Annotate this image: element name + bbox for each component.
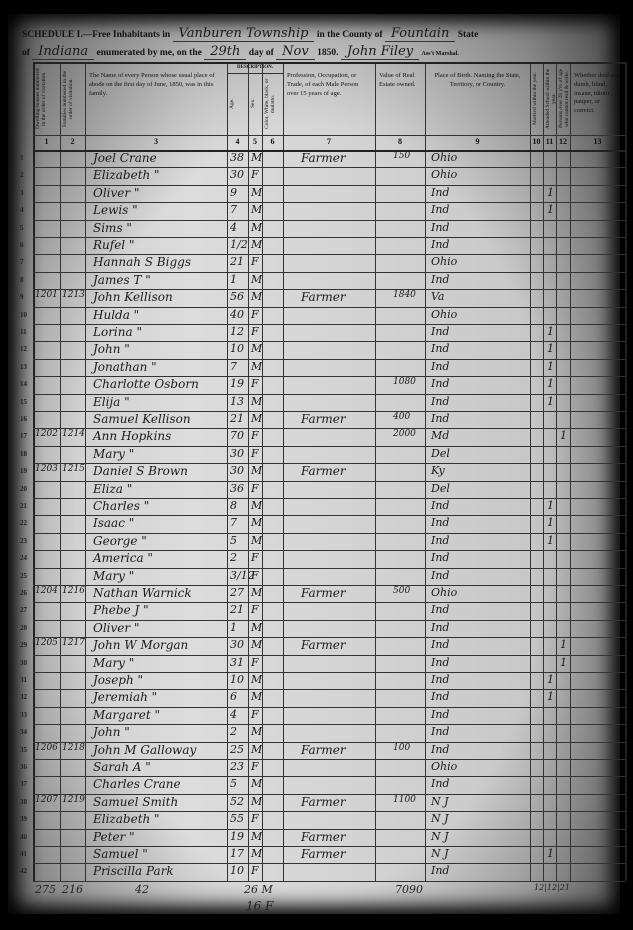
line-number: 36 bbox=[20, 763, 27, 771]
school-mark: 1 bbox=[547, 377, 554, 390]
birthplace-value: Ind bbox=[431, 325, 449, 338]
column-header-2: Families numbered in the order of visita… bbox=[62, 66, 83, 131]
age-value: 38 bbox=[230, 151, 244, 164]
person-name: Joel Crane bbox=[93, 151, 157, 165]
birthplace-value: Ind bbox=[431, 534, 449, 547]
family-number: 1214 bbox=[62, 429, 85, 439]
birthplace-value: N J bbox=[431, 795, 449, 808]
occupation-value: Farmer bbox=[301, 830, 346, 844]
birthplace-value: Md bbox=[431, 429, 449, 442]
year-label: 1850. bbox=[317, 48, 338, 58]
person-name: Nathan Warnick bbox=[93, 586, 192, 600]
sex-value: M bbox=[251, 342, 262, 355]
line-number: 39 bbox=[20, 815, 27, 823]
person-name: Priscilla Park bbox=[93, 864, 174, 878]
age-value: 7 bbox=[230, 203, 237, 216]
occupation-value: Farmer bbox=[301, 151, 346, 165]
age-value: 1 bbox=[230, 621, 237, 634]
age-value: 7 bbox=[230, 516, 237, 529]
description-rule bbox=[227, 73, 283, 74]
birthplace-value: N J bbox=[431, 847, 449, 860]
line-number: 25 bbox=[20, 572, 27, 580]
age-value: 5 bbox=[230, 534, 237, 547]
age-value: 13 bbox=[230, 395, 244, 408]
header-rule bbox=[33, 135, 625, 136]
sex-value: F bbox=[251, 482, 259, 495]
line-number: 21 bbox=[20, 502, 27, 510]
age-value: 21 bbox=[230, 412, 244, 425]
person-name: Jonathan " bbox=[93, 360, 157, 374]
line-number: 2 bbox=[20, 171, 24, 179]
sex-value: F bbox=[251, 603, 259, 616]
age-value: 7 bbox=[230, 360, 237, 373]
header-rule bbox=[33, 62, 625, 64]
real-estate-value: 150 bbox=[393, 151, 410, 161]
sex-value: F bbox=[251, 308, 259, 321]
person-name: Sims " bbox=[93, 221, 132, 235]
person-name: Hulda " bbox=[93, 308, 139, 322]
person-name: Eliza " bbox=[93, 482, 132, 496]
person-name: Hannah S Biggs bbox=[93, 255, 191, 269]
person-name: John W Morgan bbox=[93, 638, 188, 652]
column-header-5: Sex. bbox=[250, 76, 260, 131]
age-value: 1/2 bbox=[230, 238, 248, 251]
person-name: Phebe J " bbox=[93, 603, 149, 617]
age-value: 36 bbox=[230, 482, 244, 495]
birthplace-value: Va bbox=[431, 290, 445, 303]
birthplace-value: Ohio bbox=[431, 151, 457, 164]
schedule-header-line-1: SCHEDULE I.—Free Inhabitants in Vanburen… bbox=[22, 26, 478, 41]
dwelling-number: 1206 bbox=[35, 743, 58, 753]
school-mark: 1 bbox=[547, 847, 554, 860]
birthplace-value: Ind bbox=[431, 186, 449, 199]
sex-value: F bbox=[251, 812, 259, 825]
age-value: 12 bbox=[230, 325, 244, 338]
age-value: 55 bbox=[230, 812, 244, 825]
sex-value: F bbox=[251, 447, 259, 460]
age-value: 10 bbox=[230, 342, 244, 355]
line-number: 9 bbox=[20, 293, 24, 301]
line-number: 26 bbox=[20, 589, 27, 597]
birthplace-value: Ind bbox=[431, 273, 449, 286]
line-number: 28 bbox=[20, 624, 27, 632]
line-number: 40 bbox=[20, 833, 27, 841]
person-name: Oliver " bbox=[93, 186, 139, 200]
line-number: 14 bbox=[20, 380, 27, 388]
real-estate-value: 2000 bbox=[393, 429, 416, 439]
person-name: America " bbox=[93, 551, 153, 565]
line-number: 12 bbox=[20, 345, 27, 353]
age-value: 30 bbox=[230, 464, 244, 477]
column-header-4: Age. bbox=[229, 76, 246, 131]
line-number: 3 bbox=[20, 189, 24, 197]
person-name: Elija " bbox=[93, 395, 130, 409]
line-number: 20 bbox=[20, 485, 27, 493]
birthplace-value: Ohio bbox=[431, 586, 457, 599]
total-families: 216 bbox=[62, 883, 83, 896]
family-number: 1215 bbox=[62, 464, 85, 474]
line-number: 30 bbox=[20, 659, 27, 667]
line-number: 8 bbox=[20, 276, 24, 284]
person-name: Ann Hopkins bbox=[93, 429, 171, 443]
line-number: 16 bbox=[20, 415, 27, 423]
age-value: 27 bbox=[230, 586, 244, 599]
schedule-header-line-2: of Indiana enumerated by me, on the 29th… bbox=[22, 44, 459, 59]
dwelling-number: 1207 bbox=[35, 795, 58, 805]
person-name: John Kellison bbox=[93, 290, 173, 304]
occupation-value: Farmer bbox=[301, 464, 346, 478]
birthplace-value: Ind bbox=[431, 499, 449, 512]
column-header-11: Attended School within the year. bbox=[545, 66, 554, 131]
sex-value: M bbox=[251, 499, 262, 512]
person-name: Isaac " bbox=[93, 516, 134, 530]
person-name: Charlotte Osborn bbox=[93, 377, 199, 391]
line-number: 7 bbox=[20, 258, 24, 266]
age-value: 10 bbox=[230, 673, 244, 686]
township-field: Vanburen Township bbox=[173, 26, 315, 42]
column-header-6: Color, White, black, or mulatto. bbox=[264, 76, 281, 131]
age-value: 2 bbox=[230, 551, 237, 564]
sex-value: M bbox=[251, 360, 262, 373]
total-sex-tally: 26 M bbox=[244, 883, 273, 896]
sex-value: F bbox=[251, 255, 259, 268]
line-number: 37 bbox=[20, 780, 27, 788]
sex-value: F bbox=[251, 429, 259, 442]
sex-value: M bbox=[251, 621, 262, 634]
line-number: 24 bbox=[20, 554, 27, 562]
birthplace-value: Ind bbox=[431, 203, 449, 216]
line-number: 29 bbox=[20, 641, 27, 649]
sex-value: M bbox=[251, 743, 262, 756]
birthplace-value: Ind bbox=[431, 864, 449, 877]
real-estate-value: 500 bbox=[393, 586, 410, 596]
age-value: 17 bbox=[230, 847, 244, 860]
sex-value: F bbox=[251, 569, 259, 582]
school-mark: 1 bbox=[547, 360, 554, 373]
occupation-value: Farmer bbox=[301, 412, 346, 426]
line-number: 22 bbox=[20, 519, 27, 527]
age-value: 30 bbox=[230, 168, 244, 181]
age-value: 21 bbox=[230, 255, 244, 268]
birthplace-value: Ind bbox=[431, 777, 449, 790]
age-value: 40 bbox=[230, 308, 244, 321]
sex-value: F bbox=[251, 708, 259, 721]
sex-value: F bbox=[251, 864, 259, 877]
total-real-estate: 7090 bbox=[395, 883, 423, 896]
birthplace-value: Ind bbox=[431, 551, 449, 564]
age-value: 21 bbox=[230, 603, 244, 616]
birthplace-value: Ind bbox=[431, 221, 449, 234]
column-header-1: Dwelling-houses numbered in the order of… bbox=[35, 66, 58, 131]
school-mark: 1 bbox=[547, 325, 554, 338]
age-value: 10 bbox=[230, 864, 244, 877]
age-value: 1 bbox=[230, 273, 237, 286]
sex-value: F bbox=[251, 168, 259, 181]
sex-value: M bbox=[251, 290, 262, 303]
column-number-12: 12 bbox=[553, 137, 573, 146]
line-number: 34 bbox=[20, 728, 27, 736]
line-number: 4 bbox=[20, 206, 24, 214]
occupation-value: Farmer bbox=[301, 795, 346, 809]
school-mark: 1 bbox=[547, 673, 554, 686]
sex-value: M bbox=[251, 395, 262, 408]
line-number: 19 bbox=[20, 467, 27, 475]
birthplace-value: Ind bbox=[431, 395, 449, 408]
sex-value: M bbox=[251, 777, 262, 790]
birthplace-value: Del bbox=[431, 447, 450, 460]
column-header-3: The Name of every Person whose usual pla… bbox=[89, 72, 223, 98]
school-mark: 1 bbox=[547, 690, 554, 703]
school-mark: 1 bbox=[547, 203, 554, 216]
description-label: DESCRIPTION. bbox=[227, 65, 283, 72]
birthplace-value: Ind bbox=[431, 621, 449, 634]
dwelling-number: 1203 bbox=[35, 464, 58, 474]
sex-value: M bbox=[251, 516, 262, 529]
sex-value: M bbox=[251, 795, 262, 808]
column-divider bbox=[625, 62, 627, 881]
column-header-7: Profession, Occupation, or Trade, of eac… bbox=[287, 72, 371, 98]
county-field: Fountain bbox=[385, 26, 455, 42]
sex-value: M bbox=[251, 847, 262, 860]
age-value: 19 bbox=[230, 830, 244, 843]
person-name: Samuel Smith bbox=[93, 795, 178, 809]
birthplace-value: N J bbox=[431, 830, 449, 843]
column-header-8: Value of Real Estate owned. bbox=[379, 72, 421, 90]
person-name: Joseph " bbox=[93, 673, 143, 687]
school-mark: 1 bbox=[547, 395, 554, 408]
sex-value: M bbox=[251, 725, 262, 738]
of-label: of bbox=[22, 48, 30, 58]
person-name: Mary " bbox=[93, 447, 134, 461]
column-number-2: 2 bbox=[63, 137, 83, 146]
column-header-12: Persons over 20 y'rs of age who cannot r… bbox=[558, 66, 568, 131]
birthplace-value: Ohio bbox=[431, 168, 457, 181]
person-name: Oliver " bbox=[93, 621, 139, 635]
real-estate-value: 1840 bbox=[393, 290, 416, 300]
line-number: 10 bbox=[20, 311, 27, 319]
age-value: 19 bbox=[230, 377, 244, 390]
column-number-3: 3 bbox=[146, 137, 166, 146]
person-name: Mary " bbox=[93, 569, 134, 583]
sex-value: M bbox=[251, 586, 262, 599]
sex-value: F bbox=[251, 377, 259, 390]
person-name: Sarah A " bbox=[93, 760, 151, 774]
sex-value: M bbox=[251, 186, 262, 199]
illiterate-mark: 1 bbox=[560, 656, 567, 669]
age-value: 8 bbox=[230, 499, 237, 512]
person-name: George " bbox=[93, 534, 147, 548]
age-value: 2 bbox=[230, 725, 237, 738]
sex-value: M bbox=[251, 464, 262, 477]
birthplace-value: Ind bbox=[431, 569, 449, 582]
birthplace-value: Ind bbox=[431, 725, 449, 738]
total-persons: 42 bbox=[135, 883, 149, 896]
birthplace-value: Ohio bbox=[431, 255, 457, 268]
person-name: Lorina " bbox=[93, 325, 142, 339]
line-number: 42 bbox=[20, 867, 27, 875]
person-name: John " bbox=[93, 725, 130, 739]
line-number: 18 bbox=[20, 450, 27, 458]
illiterate-mark: 1 bbox=[560, 638, 567, 651]
sex-value: M bbox=[251, 830, 262, 843]
age-value: 31 bbox=[230, 656, 244, 669]
person-name: Margaret " bbox=[93, 708, 160, 722]
age-value: 4 bbox=[230, 221, 237, 234]
school-mark: 1 bbox=[547, 534, 554, 547]
day-label: day of bbox=[249, 48, 274, 58]
real-estate-value: 100 bbox=[393, 743, 410, 753]
person-name: James T " bbox=[93, 273, 151, 287]
state-suffix: State bbox=[458, 30, 479, 40]
birthplace-value: Ky bbox=[431, 464, 445, 477]
sex-value: M bbox=[251, 273, 262, 286]
birthplace-value: Ind bbox=[431, 673, 449, 686]
line-number: 33 bbox=[20, 711, 27, 719]
birthplace-value: Ind bbox=[431, 708, 449, 721]
total-dwellings: 275 bbox=[35, 883, 56, 896]
line-number: 6 bbox=[20, 241, 24, 249]
sex-value: M bbox=[251, 238, 262, 251]
person-name: Daniel S Brown bbox=[93, 464, 188, 478]
school-mark: 1 bbox=[547, 342, 554, 355]
sex-value: M bbox=[251, 638, 262, 651]
family-number: 1218 bbox=[62, 743, 85, 753]
line-number: 5 bbox=[20, 224, 24, 232]
birthplace-value: Del bbox=[431, 482, 450, 495]
family-number: 1217 bbox=[62, 638, 85, 648]
sex-value: M bbox=[251, 534, 262, 547]
sex-value: M bbox=[251, 151, 262, 164]
column-number-13: 13 bbox=[588, 137, 608, 146]
birthplace-value: Ind bbox=[431, 360, 449, 373]
sex-value: M bbox=[251, 412, 262, 425]
person-name: Jeremiah " bbox=[93, 690, 157, 704]
age-value: 6 bbox=[230, 690, 237, 703]
age-value: 30 bbox=[230, 638, 244, 651]
age-value: 30 bbox=[230, 447, 244, 460]
enumerated-label: enumerated by me, on the bbox=[97, 48, 202, 58]
birthplace-value: Ohio bbox=[431, 760, 457, 773]
sex-value: M bbox=[251, 203, 262, 216]
column-number-7: 7 bbox=[319, 137, 339, 146]
age-value: 25 bbox=[230, 743, 244, 756]
real-estate-value: 1100 bbox=[393, 795, 416, 805]
line-number: 41 bbox=[20, 850, 27, 858]
real-estate-value: 1080 bbox=[393, 377, 416, 387]
occupation-value: Farmer bbox=[301, 586, 346, 600]
person-name: Lewis " bbox=[93, 203, 138, 217]
line-number: 32 bbox=[20, 693, 27, 701]
sex-value: F bbox=[251, 760, 259, 773]
dwelling-number: 1204 bbox=[35, 586, 58, 596]
state-field: Indiana bbox=[32, 44, 94, 60]
dwelling-number: 1205 bbox=[35, 638, 58, 648]
age-value: 5 bbox=[230, 777, 237, 790]
birthplace-value: Ind bbox=[431, 656, 449, 669]
birthplace-value: Ind bbox=[431, 603, 449, 616]
line-number: 23 bbox=[20, 537, 27, 545]
person-name: Samuel " bbox=[93, 847, 148, 861]
column-header-13: Whether deaf and dumb, blind, insane, id… bbox=[574, 72, 621, 116]
line-number: 11 bbox=[20, 328, 27, 336]
person-name: Charles " bbox=[93, 499, 149, 513]
birthplace-value: N J bbox=[431, 812, 449, 825]
birthplace-value: Ind bbox=[431, 638, 449, 651]
birthplace-value: Ind bbox=[431, 377, 449, 390]
dwelling-number: 1202 bbox=[35, 429, 58, 439]
person-name: Samuel Kellison bbox=[93, 412, 191, 426]
sex-value: F bbox=[251, 325, 259, 338]
occupation-value: Farmer bbox=[301, 638, 346, 652]
row-rule bbox=[33, 881, 625, 882]
total-sex-tally-f: 16 F bbox=[246, 899, 273, 913]
person-name: Peter " bbox=[93, 830, 135, 844]
person-name: John M Galloway bbox=[93, 743, 196, 757]
sex-value: M bbox=[251, 673, 262, 686]
age-value: 52 bbox=[230, 795, 244, 808]
real-estate-value: 400 bbox=[393, 412, 410, 422]
line-number: 35 bbox=[20, 746, 27, 754]
sex-value: F bbox=[251, 551, 259, 564]
person-name: Elizabeth " bbox=[93, 168, 160, 182]
month-field: Nov bbox=[276, 44, 315, 60]
age-value: 9 bbox=[230, 186, 237, 199]
day-field: 29th bbox=[204, 44, 246, 60]
birthplace-value: Ind bbox=[431, 690, 449, 703]
sex-value: F bbox=[251, 656, 259, 669]
birthplace-value: Ind bbox=[431, 743, 449, 756]
age-value: 56 bbox=[230, 290, 244, 303]
birthplace-value: Ind bbox=[431, 412, 449, 425]
family-number: 1219 bbox=[62, 795, 85, 805]
line-number: 31 bbox=[20, 676, 27, 684]
sex-value: M bbox=[251, 690, 262, 703]
line-number: 1 bbox=[20, 154, 24, 162]
school-mark: 1 bbox=[547, 186, 554, 199]
age-value: 4 bbox=[230, 708, 237, 721]
enumerator-field: John Filey bbox=[341, 44, 419, 60]
person-name: John " bbox=[93, 342, 130, 356]
line-number: 27 bbox=[20, 606, 27, 614]
column-number-1: 1 bbox=[37, 137, 57, 146]
marshal-label: Ass't Marshal. bbox=[422, 51, 459, 57]
birthplace-value: Ind bbox=[431, 238, 449, 251]
line-number: 13 bbox=[20, 363, 27, 371]
column-number-6: 6 bbox=[263, 137, 283, 146]
schedule-label: SCHEDULE I.—Free Inhabitants in bbox=[22, 30, 170, 40]
person-name: Elizabeth " bbox=[93, 812, 160, 826]
line-number: 38 bbox=[20, 798, 27, 806]
person-name: Mary " bbox=[93, 656, 134, 670]
occupation-value: Farmer bbox=[301, 290, 346, 304]
sex-value: M bbox=[251, 221, 262, 234]
school-mark: 1 bbox=[547, 499, 554, 512]
line-number: 15 bbox=[20, 398, 27, 406]
occupation-value: Farmer bbox=[301, 847, 346, 861]
family-number: 1213 bbox=[62, 290, 85, 300]
county-label: in the County of bbox=[317, 30, 383, 40]
age-value: 70 bbox=[230, 429, 244, 442]
total-school-tally: 12|12|21 bbox=[534, 883, 570, 892]
dwelling-number: 1201 bbox=[35, 290, 58, 300]
person-name: Rufel " bbox=[93, 238, 134, 252]
person-name: Charles Crane bbox=[93, 777, 181, 791]
occupation-value: Farmer bbox=[301, 743, 346, 757]
family-number: 1216 bbox=[62, 586, 85, 596]
column-header-10: Married within the year. bbox=[532, 66, 541, 131]
column-header-9: Place of Birth. Naming the State, Territ… bbox=[429, 72, 526, 90]
age-value: 23 bbox=[230, 760, 244, 773]
